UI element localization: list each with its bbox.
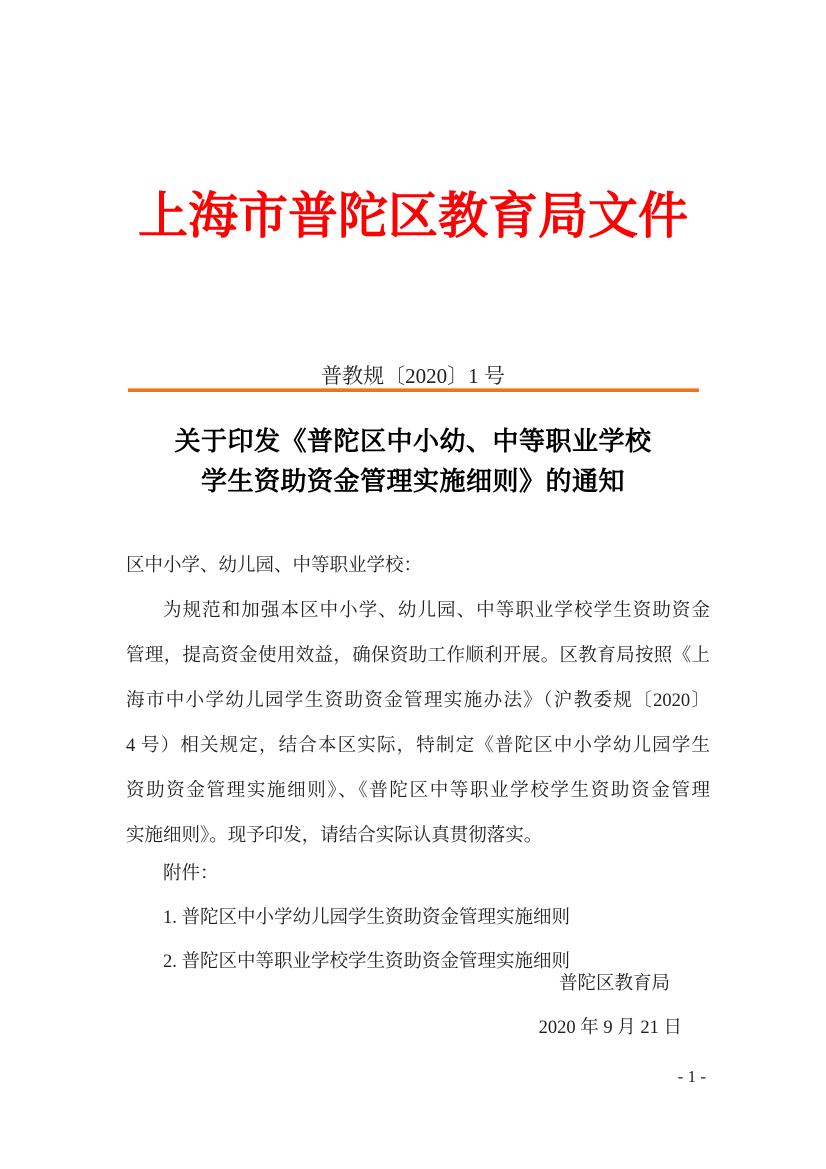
salutation: 区中小学、幼儿园、中等职业学校： <box>126 544 710 589</box>
doc-number: 普教规〔2020〕1 号 <box>0 362 826 390</box>
body-line-2: 管理，提高资金使用效益，确保资助工作顺利开展。区教育局按照《上 <box>126 634 710 679</box>
red-divider-line <box>128 388 699 392</box>
agency-title: 上海市普陀区教育局文件 <box>0 184 826 248</box>
notice-title-line-1: 关于印发《普陀区中小幼、中等职业学校 <box>0 422 826 462</box>
attachment-item-1: 1. 普陀区中小学幼儿园学生资助资金管理实施细则 <box>126 896 710 940</box>
body-text: 区中小学、幼儿园、中等职业学校： 为规范和加强本区中小学、幼儿园、中等职业学校学… <box>126 544 710 859</box>
body-line-4: 4 号）相关规定，结合本区实际，特制定《普陀区中小学幼儿园学生 <box>126 724 710 769</box>
notice-title-line-2: 学生资助资金管理实施细则》的通知 <box>0 462 826 502</box>
document-page: 上海市普陀区教育局文件 普教规〔2020〕1 号 关于印发《普陀区中小幼、中等职… <box>0 0 826 1169</box>
body-line-3: 海市中小学幼儿园学生资助资金管理实施办法》（沪教委规〔2020〕 <box>126 679 710 724</box>
page-number: - 1 - <box>678 1066 706 1088</box>
signature-block: 普陀区教育局 2020 年 9 月 21 日 <box>126 962 710 1050</box>
attachments-label: 附件： <box>126 852 710 896</box>
signature-issuer: 普陀区教育局 <box>126 962 710 1006</box>
body-line-5: 资助资金管理实施细则》、《普陀区中等职业学校学生资助资金管理 <box>126 769 710 814</box>
body-line-1: 为规范和加强本区中小学、幼儿园、中等职业学校学生资助资金 <box>126 589 710 634</box>
signature-date: 2020 年 9 月 21 日 <box>126 1006 710 1050</box>
notice-title: 关于印发《普陀区中小幼、中等职业学校 学生资助资金管理实施细则》的通知 <box>0 422 826 502</box>
